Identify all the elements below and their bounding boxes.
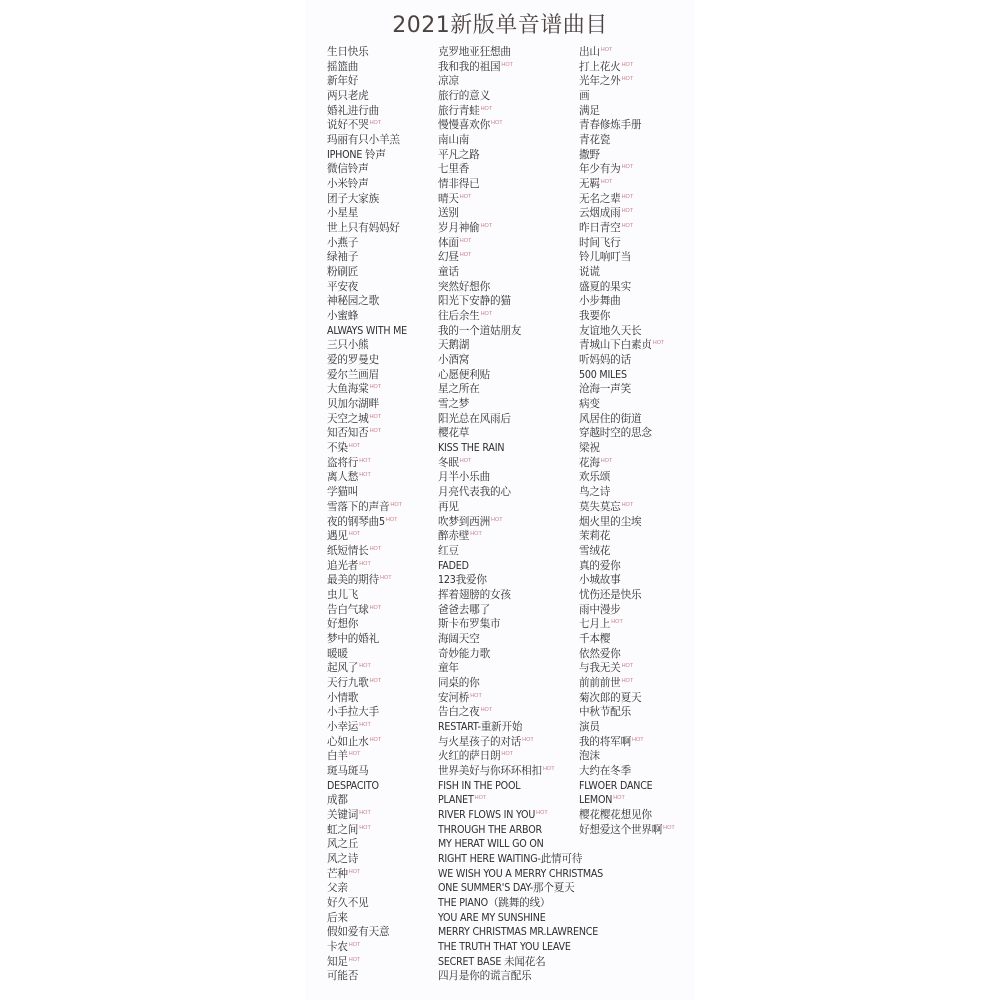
song-item: 500 MILES (579, 368, 675, 383)
song-title: 纸短情长 (327, 545, 369, 557)
song-title: 卡农 (327, 941, 348, 953)
page-title: 2021新版单音谱曲目 (0, 8, 1000, 39)
song-title: 年少有为 (579, 163, 621, 175)
song-item: 年少有为HOT (579, 162, 675, 177)
hot-badge: HOT (359, 825, 371, 831)
song-item: 贝加尔湖畔 (327, 397, 407, 412)
song-item: 小手拉大手 (327, 705, 407, 720)
hot-badge: HOT (380, 575, 392, 581)
song-item: 撒野 (579, 148, 675, 163)
song-title: 关键词 (327, 809, 358, 821)
hot-badge: HOT (359, 458, 371, 464)
song-title: 无名之辈 (579, 193, 621, 205)
song-title: 昨日青空 (579, 222, 621, 234)
song-item: 樱花樱花想见你 (579, 808, 675, 823)
song-item: DESPACITO (327, 779, 407, 794)
song-title: 遇见 (327, 530, 348, 542)
song-title: 我要你 (579, 310, 610, 322)
hot-badge: HOT (470, 693, 482, 699)
song-item: 青花瓷 (579, 133, 675, 148)
song-title: 风之丘 (327, 838, 358, 850)
song-title: PLANET (438, 794, 474, 806)
song-title: 白羊 (327, 750, 348, 762)
song-item: 遇见HOT (327, 529, 407, 544)
song-title: 小星星 (327, 207, 358, 219)
song-title: 鸟之诗 (579, 486, 610, 498)
song-item: 昨日青空HOT (579, 221, 675, 236)
song-title: 告白气球 (327, 604, 369, 616)
song-title: 慢慢喜欢你 (438, 119, 490, 131)
song-item: 满足 (579, 104, 675, 119)
hot-badge: HOT (491, 517, 503, 523)
song-title: 说好不哭 (327, 119, 369, 131)
hot-badge: HOT (386, 517, 398, 523)
song-item: 雪落下的声音HOT (327, 500, 407, 515)
song-title: 画 (579, 90, 589, 102)
song-item: 烟火里的尘埃 (579, 515, 675, 530)
song-title: 樱花樱花想见你 (579, 809, 652, 821)
hot-badge: HOT (460, 458, 472, 464)
song-item: 团子大家族 (327, 192, 407, 207)
song-title: 粉刷匠 (327, 266, 358, 278)
song-title: 岁月神偷 (438, 222, 480, 234)
song-title: 后来 (327, 912, 348, 924)
song-title: 茉莉花 (579, 530, 610, 542)
hot-badge: HOT (359, 810, 371, 816)
song-item: 不染HOT (327, 441, 407, 456)
song-title: 忧伤还是快乐 (579, 589, 641, 601)
song-item: 告白气球HOT (327, 603, 407, 618)
song-title: 与火星孩子的对话 (438, 736, 521, 748)
hot-badge: HOT (601, 458, 613, 464)
song-title: 千本樱 (579, 633, 610, 645)
song-title: 新年好 (327, 75, 358, 87)
song-title: 心如止水 (327, 736, 369, 748)
song-title: 打上花火 (579, 61, 621, 73)
song-title: 七月上 (579, 618, 610, 630)
song-item: 新年好 (327, 74, 407, 89)
hot-badge: HOT (622, 223, 634, 229)
song-title: 爱尔兰画眉 (327, 369, 379, 381)
song-title: 贝加尔湖畔 (327, 398, 379, 410)
song-item: 友谊地久天长 (579, 324, 675, 339)
song-item: WE WISH YOU A MERRY CHRISTMAS (438, 867, 603, 882)
song-title: 斯卡布罗集市 (438, 618, 500, 630)
song-item: 光年之外HOT (579, 74, 675, 89)
song-item: 世上只有妈妈好 (327, 221, 407, 236)
song-title: RESTART-重新开始 (438, 721, 522, 733)
song-item: 病变 (579, 397, 675, 412)
song-item: 风之诗 (327, 852, 407, 867)
song-title: 虹之间 (327, 824, 358, 836)
song-title: 三只小熊 (327, 339, 369, 351)
song-item: 忧伤还是快乐 (579, 588, 675, 603)
song-item: 鸟之诗 (579, 485, 675, 500)
hot-badge: HOT (370, 546, 382, 552)
song-item: 无羁HOT (579, 177, 675, 192)
song-title: 月亮代表我的心 (438, 486, 511, 498)
song-title: 菊次郎的夏天 (579, 692, 641, 704)
song-item: 七月上HOT (579, 617, 675, 632)
song-item: 我要你 (579, 309, 675, 324)
song-item: FLWOER DANCE (579, 779, 675, 794)
song-title: 好久不见 (327, 897, 369, 909)
song-item: 心如止水HOT (327, 735, 407, 750)
song-title: 小酒窝 (438, 354, 469, 366)
song-title: 追光者 (327, 560, 358, 572)
song-title: 七里香 (438, 163, 469, 175)
song-title: THE PIANO（跳舞的线） (438, 897, 550, 909)
song-title: 说谎 (579, 266, 600, 278)
song-item: 与我无关HOT (579, 661, 675, 676)
song-title: 知足 (327, 956, 348, 968)
hot-badge: HOT (536, 810, 548, 816)
song-title: 吹梦到西洲 (438, 516, 490, 528)
hot-badge: HOT (653, 340, 665, 346)
song-title: 冬眠 (438, 457, 459, 469)
song-item: 出山HOT (579, 45, 675, 60)
song-item: RIGHT HERE WAITING-此情可待 (438, 852, 603, 867)
song-title: 花海 (579, 457, 600, 469)
song-title: 烟火里的尘埃 (579, 516, 641, 528)
song-item: 父亲 (327, 881, 407, 896)
song-item: 知否知否HOT (327, 426, 407, 441)
song-title: 童年 (438, 662, 459, 674)
song-item: 小米铃声 (327, 177, 407, 192)
song-title: 心愿便利贴 (438, 369, 490, 381)
song-title: 好想你 (327, 618, 358, 630)
song-title: 星之所在 (438, 383, 480, 395)
song-title: 不染 (327, 442, 348, 454)
hot-badge: HOT (460, 252, 472, 258)
song-title: 小城故事 (579, 574, 621, 586)
song-title: 雪落下的声音 (327, 501, 389, 513)
song-item: 小幸运HOT (327, 720, 407, 735)
song-title: 沧海一声笑 (579, 383, 631, 395)
hot-badge: HOT (349, 751, 361, 757)
song-title: 光年之外 (579, 75, 621, 87)
song-title: 大约在冬季 (579, 765, 631, 777)
song-item: THE PIANO（跳舞的线） (438, 896, 603, 911)
song-title: 世上只有妈妈好 (327, 222, 400, 234)
song-item: 平安夜 (327, 280, 407, 295)
song-title: 我的将军啊 (579, 736, 631, 748)
song-title: 生日快乐 (327, 46, 369, 58)
song-item: 说谎 (579, 265, 675, 280)
song-item: 天空之城HOT (327, 412, 407, 427)
song-item: 穿越时空的思念 (579, 426, 675, 441)
song-title: 四月是你的谎言配乐 (438, 970, 532, 982)
song-item: 我的将军啊HOT (579, 735, 675, 750)
song-item: 爱尔兰画眉 (327, 368, 407, 383)
song-title: 青城山下白素贞 (579, 339, 652, 351)
song-title: 离人愁 (327, 471, 358, 483)
hot-badge: HOT (622, 164, 634, 170)
song-title: 500 MILES (579, 369, 627, 381)
song-item: 真的爱你 (579, 559, 675, 574)
hot-badge: HOT (370, 737, 382, 743)
song-title: KISS THE RAIN (438, 442, 504, 454)
song-item: 好想你 (327, 617, 407, 632)
song-title: MERRY CHRISTMAS MR.LAWRENCE (438, 926, 598, 938)
song-title: 风居住的街道 (579, 413, 641, 425)
song-title: 真的爱你 (579, 560, 621, 572)
song-item: 梁祝 (579, 441, 675, 456)
song-column-3: 出山HOT打上花火HOT光年之外HOT画满足青春修炼手册青花瓷撒野年少有为HOT… (579, 45, 675, 837)
song-title: 世界美好与你环环相扣 (438, 765, 542, 777)
song-title: 欢乐颂 (579, 471, 610, 483)
song-title: RIVER FLOWS IN YOU (438, 809, 535, 821)
song-title: 撒野 (579, 149, 600, 161)
song-title: 青春修炼手册 (579, 119, 641, 131)
song-item: 卡农HOT (327, 940, 407, 955)
song-item: 打上花火HOT (579, 60, 675, 75)
song-title: 芒种 (327, 868, 348, 880)
hot-badge: HOT (481, 223, 493, 229)
song-title: 大鱼海棠 (327, 383, 369, 395)
song-item: 中秋节配乐 (579, 705, 675, 720)
song-title: 满足 (579, 105, 600, 117)
hot-badge: HOT (370, 384, 382, 390)
song-item: 爱的罗曼史 (327, 353, 407, 368)
song-item: THE TRUTH THAT YOU LEAVE (438, 940, 603, 955)
song-item: 小城故事 (579, 573, 675, 588)
song-title: RIGHT HERE WAITING-此情可待 (438, 853, 582, 865)
song-title: 突然好想你 (438, 281, 490, 293)
song-title: 可能否 (327, 970, 358, 982)
song-title: 小情歌 (327, 692, 358, 704)
song-title: 假如爱有天意 (327, 926, 389, 938)
song-title: 往后余生 (438, 310, 480, 322)
song-item: MERRY CHRISTMAS MR.LAWRENCE (438, 925, 603, 940)
hot-badge: HOT (481, 106, 493, 112)
song-item: 最美的期待HOT (327, 573, 407, 588)
song-item: 白羊HOT (327, 749, 407, 764)
song-item: 天行九歌HOT (327, 676, 407, 691)
song-item: 花海HOT (579, 456, 675, 471)
song-title: 天空之城 (327, 413, 369, 425)
song-item: 生日快乐 (327, 45, 407, 60)
hot-badge: HOT (501, 751, 513, 757)
song-title: 神秘园之歌 (327, 295, 379, 307)
song-item: 说好不哭HOT (327, 118, 407, 133)
song-item: 画 (579, 89, 675, 104)
song-title: 前前前世 (579, 677, 621, 689)
song-item: 雪绒花 (579, 544, 675, 559)
song-item: 小步舞曲 (579, 294, 675, 309)
hot-badge: HOT (359, 722, 371, 728)
song-item: 好久不见 (327, 896, 407, 911)
hot-badge: HOT (622, 76, 634, 82)
song-title: 绿袖子 (327, 251, 358, 263)
song-title: MY HERAT WILL GO ON (438, 838, 544, 850)
hot-badge: HOT (481, 707, 493, 713)
song-item: 梦中的婚礼 (327, 632, 407, 647)
song-title: 我和我的祖国 (438, 61, 500, 73)
song-title: 小手拉大手 (327, 706, 379, 718)
song-item: 好想爱这个世界啊HOT (579, 823, 675, 838)
hot-badge: HOT (470, 531, 482, 537)
song-title: 云烟成雨 (579, 207, 621, 219)
song-title: FLWOER DANCE (579, 780, 653, 792)
song-item: 两只老虎 (327, 89, 407, 104)
song-title: 小幸运 (327, 721, 358, 733)
song-title: 学猫叫 (327, 486, 358, 498)
song-item: 青春修炼手册 (579, 118, 675, 133)
hot-badge: HOT (613, 795, 625, 801)
hot-badge: HOT (359, 472, 371, 478)
song-title: 青花瓷 (579, 134, 610, 146)
song-item: MY HERAT WILL GO ON (438, 837, 603, 852)
song-title: 好想爱这个世界啊 (579, 824, 662, 836)
song-title: 凉凉 (438, 75, 459, 87)
song-title: THROUGH THE ARBOR (438, 824, 542, 836)
hot-badge: HOT (491, 120, 503, 126)
song-title: 虫儿飞 (327, 589, 358, 601)
song-item: 离人愁HOT (327, 470, 407, 485)
song-title: 阳光总在风雨后 (438, 413, 511, 425)
song-item: 沧海一声笑 (579, 382, 675, 397)
song-item: 四月是你的谎言配乐 (438, 969, 603, 984)
song-title: 爸爸去哪了 (438, 604, 490, 616)
song-title: 告白之夜 (438, 706, 480, 718)
song-title: 123我爱你 (438, 574, 487, 586)
hot-badge: HOT (349, 869, 361, 875)
song-title: 小步舞曲 (579, 295, 621, 307)
hot-badge: HOT (601, 179, 613, 185)
song-item: LEMONHOT (579, 793, 675, 808)
hot-badge: HOT (663, 825, 675, 831)
song-title: 体面 (438, 237, 459, 249)
song-item: 无名之辈HOT (579, 192, 675, 207)
song-item: 莫失莫忘HOT (579, 500, 675, 515)
song-item: 摇篮曲 (327, 60, 407, 75)
song-title: 玛丽有只小羊羔 (327, 134, 400, 146)
song-item: 关键词HOT (327, 808, 407, 823)
hot-badge: HOT (601, 47, 613, 53)
song-title: 无羁 (579, 178, 600, 190)
song-title: 安河桥 (438, 692, 469, 704)
song-item: 成都 (327, 793, 407, 808)
song-item: 虫儿飞 (327, 588, 407, 603)
song-item: SECRET BASE 未闻花名 (438, 955, 603, 970)
song-title: 醉赤壁 (438, 530, 469, 542)
hot-badge: HOT (475, 795, 487, 801)
song-item: 雨中漫步 (579, 603, 675, 618)
hot-badge: HOT (622, 678, 634, 684)
song-title: 友谊地久天长 (579, 325, 641, 337)
song-item: IPHONE 铃声 (327, 148, 407, 163)
song-title: 情非得已 (438, 178, 480, 190)
song-item: 神秘园之歌 (327, 294, 407, 309)
hot-badge: HOT (370, 414, 382, 420)
song-item: 玛丽有只小羊羔 (327, 133, 407, 148)
song-title: ALWAYS WITH ME (327, 325, 407, 337)
song-title: 依然爱你 (579, 648, 621, 660)
song-item: 微信铃声 (327, 162, 407, 177)
song-item: 盗将行HOT (327, 456, 407, 471)
hot-badge: HOT (349, 531, 361, 537)
song-title: 父亲 (327, 882, 348, 894)
hot-badge: HOT (359, 663, 371, 669)
song-item: 粉刷匠 (327, 265, 407, 280)
song-title: 斑马斑马 (327, 765, 369, 777)
song-title: 起风了 (327, 662, 358, 674)
song-title: 梦中的婚礼 (327, 633, 379, 645)
song-item: 前前前世HOT (579, 676, 675, 691)
song-title: 病变 (579, 398, 600, 410)
song-title: 两只老虎 (327, 90, 369, 102)
song-title: 红豆 (438, 545, 459, 557)
song-title: 中秋节配乐 (579, 706, 631, 718)
song-title: FISH IN THE POOL (438, 780, 520, 792)
song-title: 知否知否 (327, 427, 369, 439)
song-title: SECRET BASE 未闻花名 (438, 956, 546, 968)
song-title: 我的一个道姑朋友 (438, 325, 521, 337)
song-title: 火红的萨日朗 (438, 750, 500, 762)
hot-badge: HOT (349, 957, 361, 963)
song-item: 欢乐颂 (579, 470, 675, 485)
song-title: 旅行的意义 (438, 90, 490, 102)
hot-badge: HOT (622, 208, 634, 214)
song-title: 莫失莫忘 (579, 501, 621, 513)
song-item: YOU ARE MY SUNSHINE (438, 911, 603, 926)
hot-badge: HOT (349, 443, 361, 449)
song-item: 夜的钢琴曲5HOT (327, 515, 407, 530)
song-title: 摇篮曲 (327, 61, 358, 73)
song-title: 雪绒花 (579, 545, 610, 557)
song-item: 纸短情长HOT (327, 544, 407, 559)
hot-badge: HOT (501, 62, 513, 68)
song-item: 三只小熊 (327, 338, 407, 353)
song-title: 最美的期待 (327, 574, 379, 586)
hot-badge: HOT (370, 120, 382, 126)
song-item: 学猫叫 (327, 485, 407, 500)
song-item: ALWAYS WITH ME (327, 324, 407, 339)
song-title: FADED (438, 560, 469, 572)
song-title: 平安夜 (327, 281, 358, 293)
song-title: 克罗地亚狂想曲 (438, 46, 511, 58)
song-title: IPHONE 铃声 (327, 149, 386, 161)
song-title: 暖暖 (327, 648, 348, 660)
song-title: 婚礼进行曲 (327, 105, 379, 117)
song-title: 泡沫 (579, 750, 600, 762)
song-item: 小蜜蜂 (327, 309, 407, 324)
hot-badge: HOT (370, 428, 382, 434)
song-item: 青城山下白素贞HOT (579, 338, 675, 353)
song-title: 风之诗 (327, 853, 358, 865)
song-title: YOU ARE MY SUNSHINE (438, 912, 546, 924)
song-title: 童话 (438, 266, 459, 278)
song-title: 再见 (438, 501, 459, 513)
hot-badge: HOT (632, 737, 644, 743)
song-item: ONE SUMMER'S DAY-那个夏天 (438, 881, 603, 896)
hot-badge: HOT (522, 737, 534, 743)
song-title: 爱的罗曼史 (327, 354, 379, 366)
song-title: DESPACITO (327, 780, 379, 792)
song-item: 追光者HOT (327, 559, 407, 574)
song-item: 芒种HOT (327, 867, 407, 882)
song-title: 与我无关 (579, 662, 621, 674)
song-item: 起风了HOT (327, 661, 407, 676)
hot-badge: HOT (622, 194, 634, 200)
hot-badge: HOT (543, 766, 555, 772)
hot-badge: HOT (622, 663, 634, 669)
song-item: 风居住的街道 (579, 412, 675, 427)
song-column-1: 生日快乐摇篮曲新年好两只老虎婚礼进行曲说好不哭HOT玛丽有只小羊羔IPHONE … (327, 45, 407, 984)
song-title: 铃儿响叮当 (579, 251, 631, 263)
song-item: 后来 (327, 911, 407, 926)
